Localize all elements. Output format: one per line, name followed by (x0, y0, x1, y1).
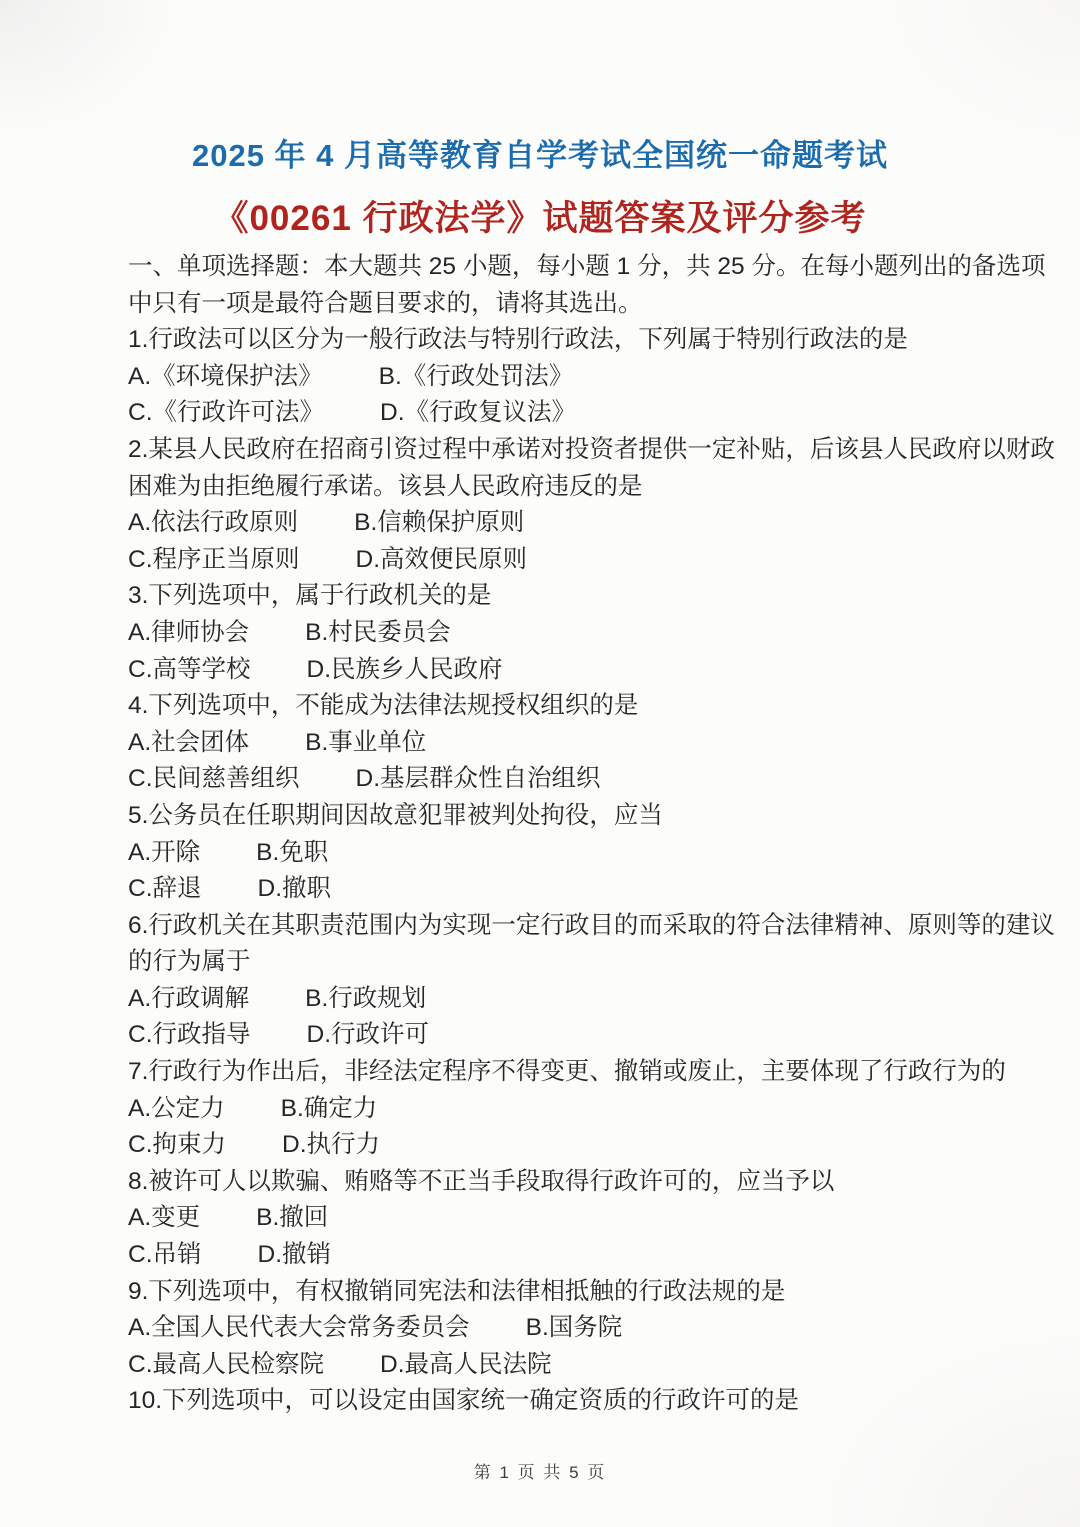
option-a: A.全国人民代表大会常务委员会 (128, 1314, 470, 1341)
option-b: B.国务院 (526, 1314, 623, 1341)
document-header: 2025 年 4 月高等教育自学考试全国统一命题考试 《00261 行政法学》试… (0, 130, 1080, 241)
options-row: C.程序正当原则D.高效便民原则 (128, 542, 963, 579)
question-stem-line: 的行为属于 (128, 944, 963, 981)
question-stem-line: 1.行政法可以区分为一般行政法与特别行政法，下列属于特别行政法的是 (128, 322, 963, 359)
option-d: D.撤职 (258, 875, 332, 902)
paper-title: 《00261 行政法学》试题答案及评分参考 (0, 191, 1080, 241)
option-d: D.高效便民原则 (356, 546, 528, 573)
question-stem-line: 4.下列选项中，不能成为法律法规授权组织的是 (128, 688, 963, 725)
option-c: C.行政指导 (128, 1021, 251, 1048)
option-b: B.《行政处罚法》 (379, 363, 574, 390)
page-number-indicator: 第 1 页 共 5 页 (474, 1463, 607, 1482)
option-a: A.依法行政原则 (128, 509, 298, 536)
options-row: A.行政调解B.行政规划 (128, 981, 963, 1018)
question-9: 9.下列选项中，有权撤销同宪法和法律相抵触的行政法规的是A.全国人民代表大会常务… (128, 1274, 963, 1384)
options-row: A.依法行政原则B.信赖保护原则 (128, 505, 963, 542)
exam-answer-sheet-page: 2025 年 4 月高等教育自学考试全国统一命题考试 《00261 行政法学》试… (0, 0, 1080, 1527)
exam-session-title: 2025 年 4 月高等教育自学考试全国统一命题考试 (0, 130, 1080, 175)
option-d: D.撤销 (258, 1241, 332, 1268)
options-row: A.律师协会B.村民委员会 (128, 615, 963, 652)
option-d: D.执行力 (282, 1131, 380, 1158)
options-row: C.辞退D.撤职 (128, 871, 963, 908)
option-b: B.撤回 (256, 1204, 328, 1231)
options-row: C.拘束力D.执行力 (128, 1127, 963, 1164)
question-4: 4.下列选项中，不能成为法律法规授权组织的是A.社会团体B.事业单位C.民间慈善… (128, 688, 963, 798)
option-a: A.《环境保护法》 (128, 363, 323, 390)
question-10: 10.下列选项中，可以设定由国家统一确定资质的行政许可的是 (128, 1383, 963, 1420)
option-a: A.开除 (128, 839, 200, 866)
options-row: C.民间慈善组织D.基层群众性自治组织 (128, 761, 963, 798)
option-b: B.信赖保护原则 (354, 509, 524, 536)
section-intro-line: 中只有一项是最符合题目要求的，请将其选出。 (128, 286, 963, 323)
question-stem-line: 6.行政机关在其职责范围内为实现一定行政目的而采取的符合法律精神、原则等的建议 (128, 908, 963, 945)
option-d: D.基层群众性自治组织 (356, 765, 601, 792)
option-d: D.最高人民法院 (380, 1351, 552, 1378)
option-c: C.拘束力 (128, 1131, 226, 1158)
option-c: C.民间慈善组织 (128, 765, 300, 792)
question-stem-line: 5.公务员在任职期间因故意犯罪被判处拘役，应当 (128, 798, 963, 835)
question-5: 5.公务员在任职期间因故意犯罪被判处拘役，应当A.开除B.免职C.辞退D.撤职 (128, 798, 963, 908)
question-section: 一、单项选择题：本大题共 25 小题，每小题 1 分，共 25 分。在每小题列出… (128, 249, 963, 1420)
options-row: A.全国人民代表大会常务委员会B.国务院 (128, 1310, 963, 1347)
options-row: A.变更B.撤回 (128, 1200, 963, 1237)
option-a: A.社会团体 (128, 729, 249, 756)
option-c: C.高等学校 (128, 656, 251, 683)
option-a: A.行政调解 (128, 985, 249, 1012)
question-stem-line: 3.下列选项中，属于行政机关的是 (128, 578, 963, 615)
option-c: C.《行政许可法》 (128, 399, 324, 426)
option-d: D.行政许可 (307, 1021, 430, 1048)
options-row: A.开除B.免职 (128, 835, 963, 872)
question-stem-line: 8.被许可人以欺骗、贿赂等不正当手段取得行政许可的，应当予以 (128, 1164, 963, 1201)
question-3: 3.下列选项中，属于行政机关的是A.律师协会B.村民委员会C.高等学校D.民族乡… (128, 578, 963, 688)
option-d: D.《行政复议法》 (380, 399, 576, 426)
options-row: C.《行政许可法》D.《行政复议法》 (128, 395, 963, 432)
option-d: D.民族乡人民政府 (307, 656, 503, 683)
option-c: C.程序正当原则 (128, 546, 300, 573)
questions-list: 1.行政法可以区分为一般行政法与特别行政法，下列属于特别行政法的是A.《环境保护… (128, 322, 963, 1420)
option-c: C.辞退 (128, 875, 202, 902)
option-b: B.村民委员会 (305, 619, 451, 646)
option-a: A.公定力 (128, 1095, 225, 1122)
options-row: C.吊销D.撤销 (128, 1237, 963, 1274)
question-7: 7.行政行为作出后，非经法定程序不得变更、撤销或废止，主要体现了行政行为的A.公… (128, 1054, 963, 1164)
option-b: B.行政规划 (305, 985, 426, 1012)
option-a: A.变更 (128, 1204, 200, 1231)
question-stem-line: 7.行政行为作出后，非经法定程序不得变更、撤销或废止，主要体现了行政行为的 (128, 1054, 963, 1091)
option-c: C.最高人民检察院 (128, 1351, 324, 1378)
question-stem-line: 困难为由拒绝履行承诺。该县人民政府违反的是 (128, 469, 963, 506)
option-b: B.确定力 (281, 1095, 378, 1122)
page-footer: 第 1 页 共 5 页 (0, 1458, 1080, 1483)
question-stem-line: 9.下列选项中，有权撤销同宪法和法律相抵触的行政法规的是 (128, 1274, 963, 1311)
options-row: A.《环境保护法》B.《行政处罚法》 (128, 359, 963, 396)
options-row: C.高等学校D.民族乡人民政府 (128, 652, 963, 689)
option-b: B.免职 (256, 839, 328, 866)
question-1: 1.行政法可以区分为一般行政法与特别行政法，下列属于特别行政法的是A.《环境保护… (128, 322, 963, 432)
section-intro-line: 一、单项选择题：本大题共 25 小题，每小题 1 分，共 25 分。在每小题列出… (128, 249, 963, 286)
option-a: A.律师协会 (128, 619, 249, 646)
option-c: C.吊销 (128, 1241, 202, 1268)
question-2: 2.某县人民政府在招商引资过程中承诺对投资者提供一定补贴，后该县人民政府以财政困… (128, 432, 963, 578)
options-row: C.行政指导D.行政许可 (128, 1017, 963, 1054)
question-6: 6.行政机关在其职责范围内为实现一定行政目的而采取的符合法律精神、原则等的建议的… (128, 908, 963, 1054)
section-intro: 一、单项选择题：本大题共 25 小题，每小题 1 分，共 25 分。在每小题列出… (128, 249, 963, 322)
options-row: A.社会团体B.事业单位 (128, 725, 963, 762)
options-row: C.最高人民检察院D.最高人民法院 (128, 1347, 963, 1384)
question-8: 8.被许可人以欺骗、贿赂等不正当手段取得行政许可的，应当予以A.变更B.撤回C.… (128, 1164, 963, 1274)
options-row: A.公定力B.确定力 (128, 1091, 963, 1128)
option-b: B.事业单位 (305, 729, 426, 756)
question-stem-line: 2.某县人民政府在招商引资过程中承诺对投资者提供一定补贴，后该县人民政府以财政 (128, 432, 963, 469)
question-stem-line: 10.下列选项中，可以设定由国家统一确定资质的行政许可的是 (128, 1383, 963, 1420)
